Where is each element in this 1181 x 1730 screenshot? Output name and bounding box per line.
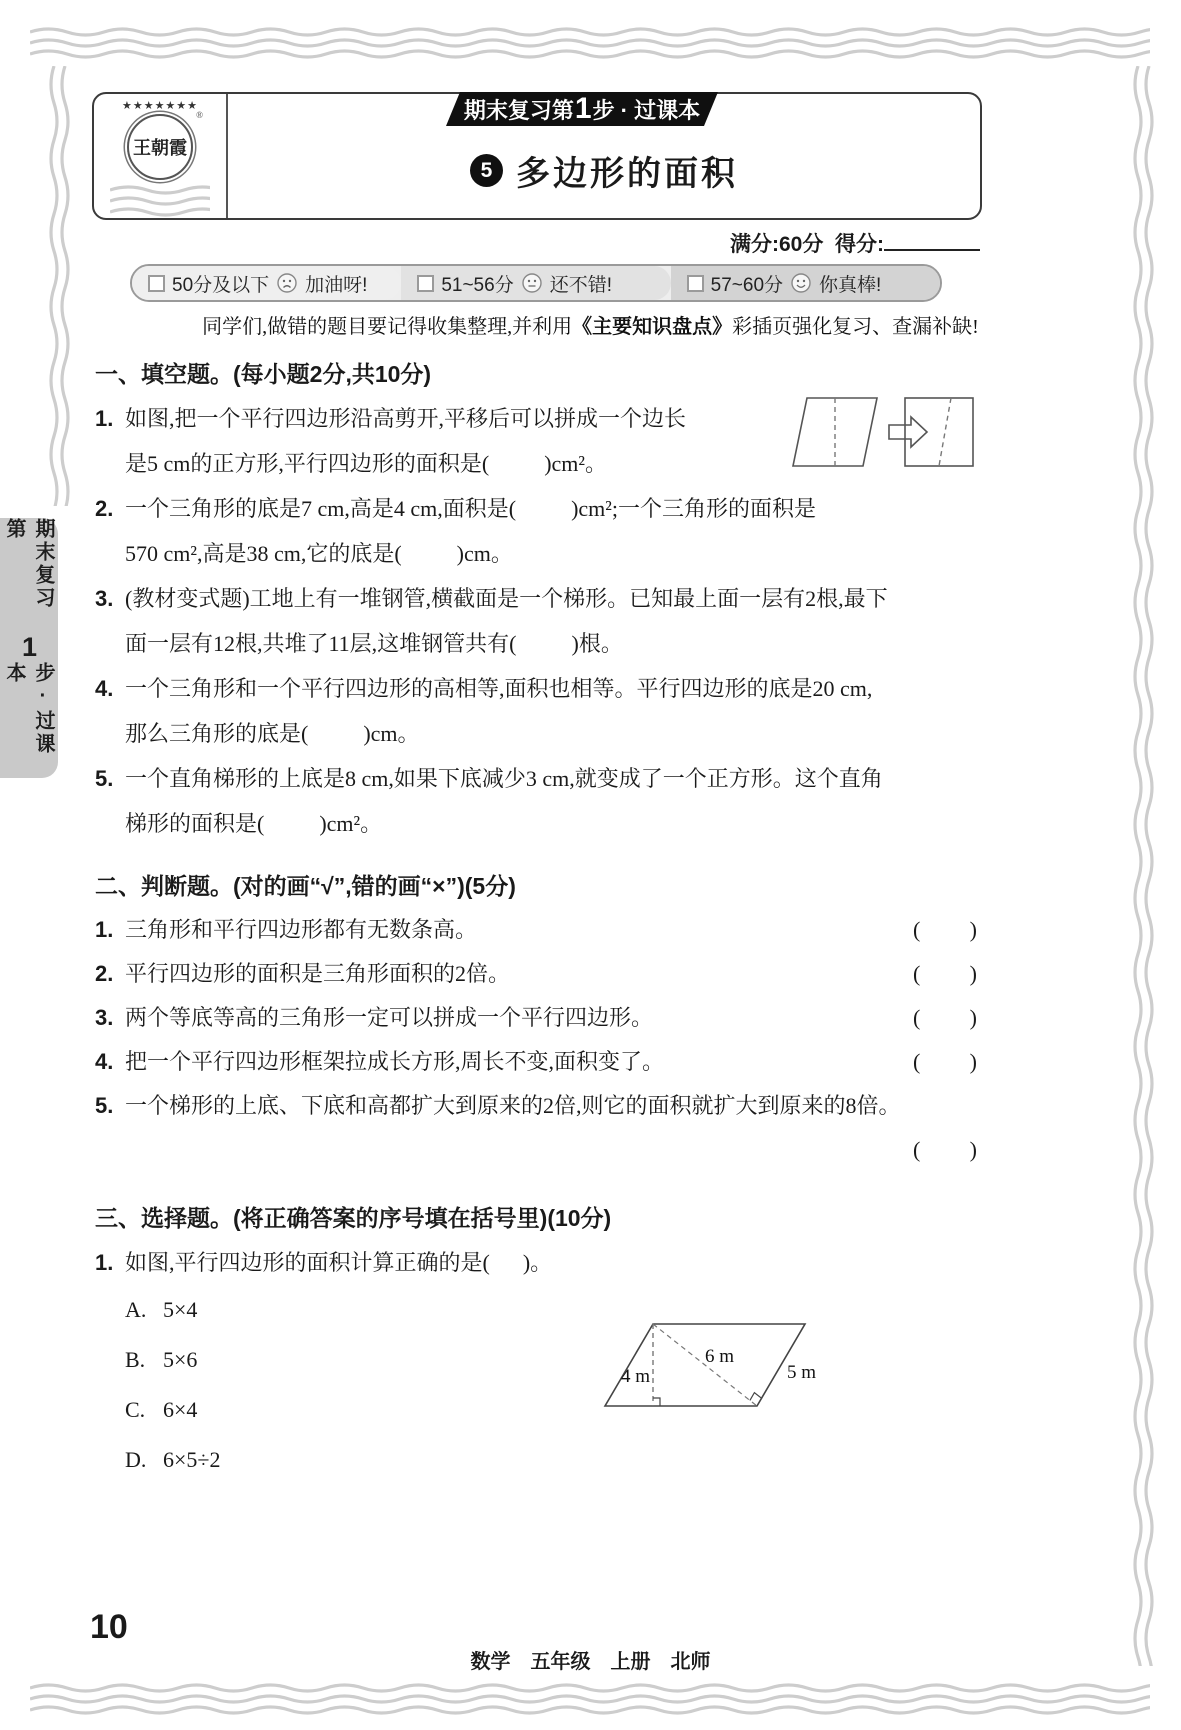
question-number: 4. [95,666,125,711]
face-great-icon [790,272,812,294]
question-text: 那么三角形的底是( )cm。 [125,721,420,746]
logo-waves-icon [110,184,210,218]
fill-question-5-line-1: 5.一个直角梯形的上底是8 cm,如果下底减少3 cm,就变成了一个正方形。这个… [95,756,983,801]
score-line: 满分:60分 得分: [560,228,980,258]
question-text: 梯形的面积是( )cm²。 [125,811,382,836]
notice-book-title: 《主要知识盘点》 [572,316,732,338]
sidebar-tab-step-number: 1 [14,632,45,662]
brand-logo: ★★★★★★★ 王朝霞 ® [94,94,228,218]
question-text: 一个三角形和一个平行四边形的高相等,面积也相等。平行四边形的底是20 cm, [125,676,872,701]
rating-range-label: 50分及以下 [172,270,269,297]
answer-bracket[interactable]: () [913,952,977,996]
question-text: 一个直角梯形的上底是8 cm,如果下底减少3 cm,就变成了一个正方形。这个直角 [125,766,883,791]
question-number: 1. [95,908,125,952]
choice-option-c[interactable]: C.6×4 [95,1385,983,1435]
diagonal-label: 6 m [705,1346,734,1367]
sidebar-tab-text-pre: 期末复习第 [0,518,58,632]
moved-cut-line [939,398,951,466]
answer-bracket[interactable]: () [913,996,977,1040]
rating-segment-low: 50分及以下 加油呀! [132,266,401,300]
side-label: 5 m [787,1362,816,1383]
parallelogram-area-figure: 4 m 6 m 5 m [597,1314,832,1424]
rating-segment-high: 57~60分 你真棒! [671,266,940,300]
judge-question-5: 5.一个梯形的上底、下底和高都扩大到原来的2倍,则它的面积就扩大到原来的8倍。 [95,1084,983,1128]
footer-text: 数学 五年级 上册 北师 [0,1645,1181,1674]
answer-bracket[interactable]: () [913,1040,977,1084]
rating-bar: 50分及以下 加油呀! 51~56分 还不错! 57~60分 [130,264,942,302]
fill-question-5-line-2: 梯形的面积是( )cm²。 [95,801,983,846]
option-expression: 5×4 [163,1297,197,1322]
judge-question-5-bracket-row: () [95,1128,983,1172]
banner-text-post: 步 · 过课本 [593,94,701,125]
judge-question-2: 2.平行四边形的面积是三角形面积的2倍。() [95,952,983,996]
section3-heading: 三、选择题。(将正确答案的序号填在括号里)(10分) [95,1196,983,1240]
logo-stars-icon: ★★★★★★★ [122,100,198,112]
notice: 同学们,做错的题目要记得收集整理,并利用《主要知识盘点》彩插页强化复习、查漏补缺… [60,310,1121,339]
question-text: 面一层有12根,共堆了11层,这堆钢管共有( )根。 [125,631,623,656]
brand-name: 王朝霞 [133,134,187,160]
option-expression: 6×4 [163,1397,197,1422]
fill-question-3-line-2: 面一层有12根,共堆了11层,这堆钢管共有( )根。 [95,621,983,666]
question-text: 一个梯形的上底、下底和高都扩大到原来的2倍,则它的面积就扩大到原来的8倍。 [125,1093,901,1118]
rating-comment-label: 加油呀! [305,270,367,297]
page-title: 多边形的面积 [516,146,738,195]
face-ok-icon [521,272,543,294]
banner-step-number: 1 [575,94,592,124]
arrow-icon [889,417,927,447]
question-number: 2. [95,952,125,996]
face-cheer-icon [276,272,298,294]
notice-text: 同学们,做错的题目要记得收集整理,并利用 [202,316,572,338]
lesson-number-badge: 5 [470,154,503,187]
answer-bracket[interactable]: () [913,908,977,952]
header: ★★★★★★★ 王朝霞 ® 期末复习第1步 · 过课本 5 多边形的面积 [92,92,982,220]
logo-circle: 王朝霞 [127,114,193,180]
option-label: D. [125,1435,163,1485]
option-label: C. [125,1385,163,1435]
banner-text-pre: 期末复习第 [464,94,574,125]
question-number: 4. [95,1040,125,1084]
content: 一、填空题。(每小题2分,共10分) 1.如图,把一个平行四边形沿高剪开,平移后… [95,352,983,1485]
question-number: 5. [95,756,125,801]
rating-checkbox-high[interactable] [687,275,704,292]
choice-option-b[interactable]: B.5×6 [95,1335,983,1385]
score-blank[interactable] [884,231,980,251]
bottom-wave-decoration [30,1682,1150,1724]
fill-question-4-line-1: 4.一个三角形和一个平行四边形的高相等,面积也相等。平行四边形的底是20 cm, [95,666,983,711]
right-angle-mark [653,1398,660,1406]
notice-text: 彩插页强化复习、查漏补缺! [732,316,979,338]
option-label: A. [125,1285,163,1335]
right-wave-decoration [1132,66,1166,1666]
choice-option-d[interactable]: D.6×5÷2 [95,1435,983,1485]
question-text: 570 cm²,高是38 cm,它的底是( )cm。 [125,541,513,566]
fill-question-2-line-1: 2.一个三角形的底是7 cm,高是4 cm,面积是( )cm²;一个三角形的面积… [95,486,983,531]
question-number: 1. [95,396,125,441]
parallelogram-cut-figure [787,394,977,477]
judge-question-4: 4.把一个平行四边形框架拉成长方形,周长不变,面积变了。() [95,1040,983,1084]
question-number: 3. [95,996,125,1040]
question-text: 平行四边形的面积是三角形面积的2倍。 [125,961,510,986]
section1-heading: 一、填空题。(每小题2分,共10分) [95,352,983,396]
question-text: 如图,把一个平行四边形沿高剪开,平移后可以拼成一个边长 [125,406,686,431]
page-number: 10 [90,1608,128,1647]
sidebar-tab-text-post: 步·过课本 [0,662,58,778]
question-text: 把一个平行四边形框架拉成长方形,周长不变,面积变了。 [125,1049,664,1074]
choice-option-a[interactable]: A.5×4 [95,1285,983,1335]
left-wave-decoration [48,66,82,506]
section2-heading: 二、判断题。(对的画“√”,错的画“×”)(5分) [95,864,983,908]
fill-question-2-line-2: 570 cm²,高是38 cm,它的底是( )cm。 [95,531,983,576]
question-number: 3. [95,576,125,621]
question-number: 5. [95,1084,125,1128]
right-angle-mark [750,1393,762,1401]
registered-mark: ® [196,110,203,120]
earned-score-label: 得分: [823,233,884,256]
question-text: 两个等底等高的三角形一定可以拼成一个平行四边形。 [125,1005,653,1030]
rating-range-label: 57~60分 [711,270,783,297]
height-label: 4 m [621,1366,650,1387]
worksheet-page: 期末复习第1步·过课本 ★★★★★★★ 王朝霞 ® 期末复习第1步 · 过课本 … [0,0,1181,1730]
sidebar-tab: 期末复习第1步·过课本 [0,518,58,778]
question-text: (教材变式题)工地上有一堆钢管,横截面是一个梯形。已知最上面一层有2根,最下 [125,586,888,611]
full-score-label: 满分:60分 [730,233,823,256]
top-wave-decoration [30,26,1150,68]
question-number: 2. [95,486,125,531]
answer-bracket[interactable]: () [913,1128,977,1172]
choice-question-1: 1.如图,平行四边形的面积计算正确的是( )。 [95,1240,983,1285]
question-text: 一个三角形的底是7 cm,高是4 cm,面积是( )cm²;一个三角形的面积是 [125,496,816,521]
judge-question-3: 3.两个等底等高的三角形一定可以拼成一个平行四边形。() [95,996,983,1040]
rating-checkbox-low[interactable] [148,275,165,292]
question-text: 是5 cm的正方形,平行四边形的面积是( )cm²。 [125,451,607,476]
question-text: 如图,平行四边形的面积计算正确的是( )。 [125,1250,552,1275]
banner: 期末复习第1步 · 过课本 [446,92,718,126]
rating-comment-label: 你真棒! [819,270,881,297]
fill-question-4-line-2: 那么三角形的底是( )cm。 [95,711,983,756]
judge-question-1: 1.三角形和平行四边形都有无数条高。() [95,908,983,952]
rating-comment-label: 还不错! [550,270,612,297]
rating-checkbox-mid[interactable] [417,275,434,292]
option-label: B. [125,1335,163,1385]
question-text: 三角形和平行四边形都有无数条高。 [125,917,477,942]
rating-range-label: 51~56分 [441,270,513,297]
option-expression: 6×5÷2 [163,1447,220,1472]
option-expression: 5×6 [163,1347,197,1372]
fill-question-3-line-1: 3.(教材变式题)工地上有一堆钢管,横截面是一个梯形。已知最上面一层有2根,最下 [95,576,983,621]
question-number: 1. [95,1240,125,1285]
rating-segment-mid: 51~56分 还不错! [401,266,670,300]
